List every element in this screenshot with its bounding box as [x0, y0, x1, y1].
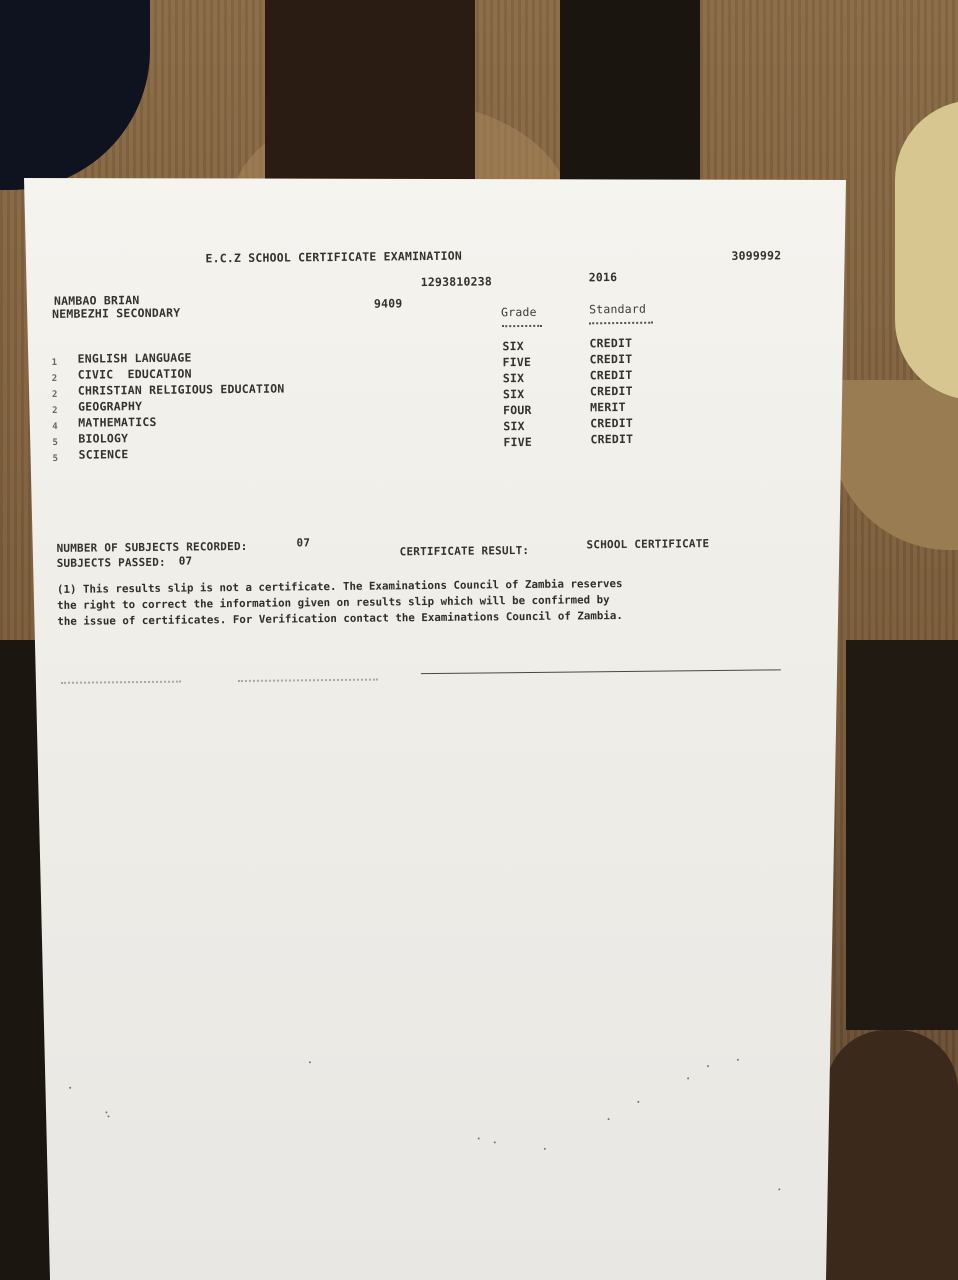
results-slip-content: E.C.Z SCHOOL CERTIFICATE EXAMINATION 309…	[0, 0, 958, 1280]
paper-specks	[0, 0, 958, 1280]
